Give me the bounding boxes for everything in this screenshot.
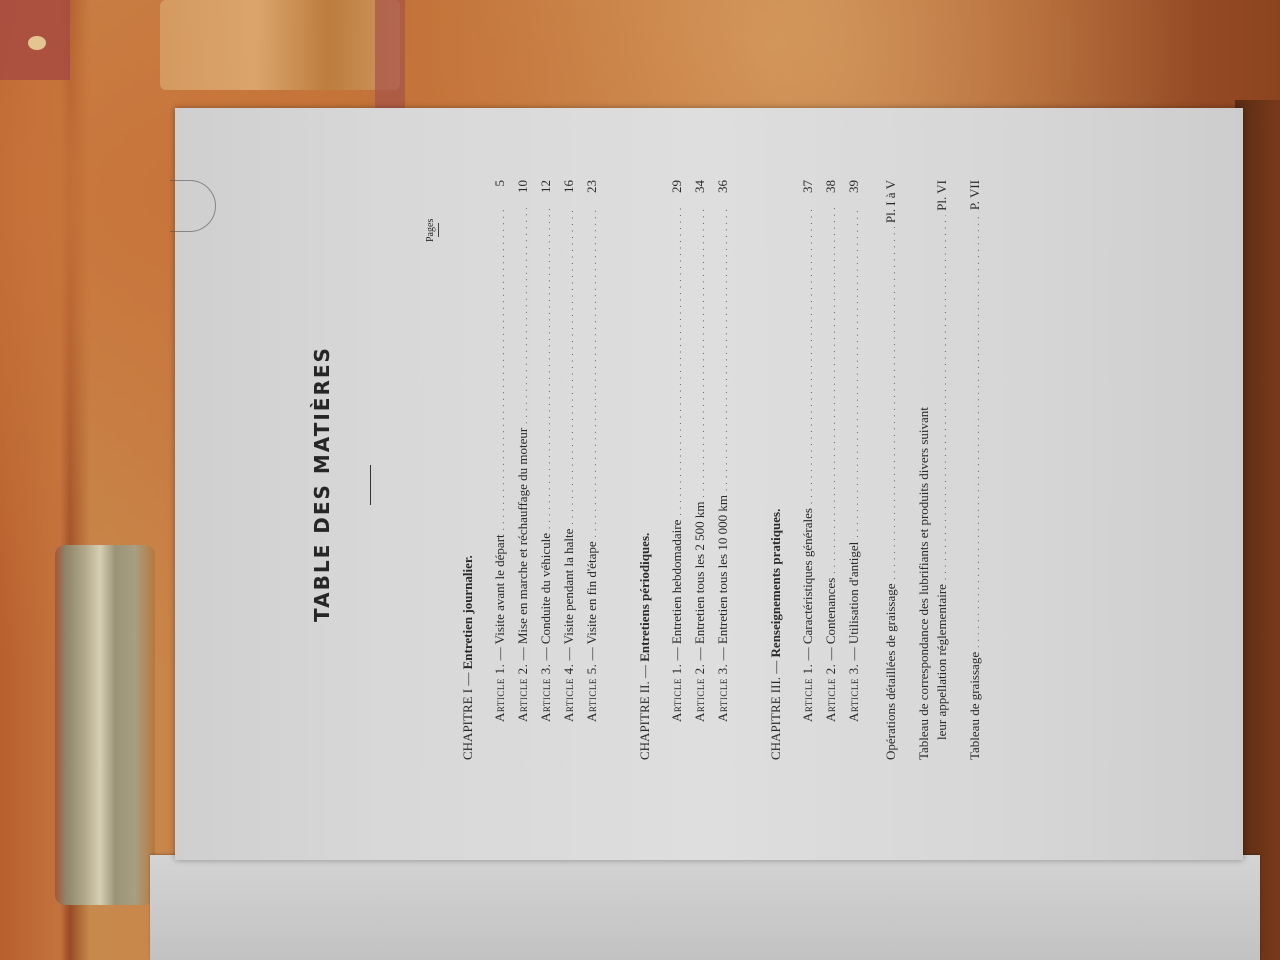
dot-leader [712, 208, 735, 491]
article-title: — Visite pendant la halte [561, 529, 576, 664]
rug-pattern-dot [28, 36, 46, 50]
chapter-title: Entretiens périodiques. [637, 533, 652, 662]
toc-entry: Opérations détaillées de graissagePl. I … [880, 180, 903, 760]
dot-leader [689, 208, 712, 498]
toc-entry: Article 3. — Conduite du véhicule12 [535, 180, 558, 722]
chapter-3: CHAPITRE III. — Renseignements pratiques… [765, 180, 866, 760]
article-label: Article 2. [692, 664, 707, 722]
article-label: Article 5. [584, 664, 599, 722]
article-label: Article 1. [669, 664, 684, 722]
toc-entry: Article 2. — Contenances38 [820, 180, 843, 722]
chapter-label: CHAPITRE II. [637, 681, 652, 760]
article-label: Article 3. [715, 664, 730, 722]
article-title: — Conduite du véhicule [538, 533, 553, 664]
entry-title-line1: Tableau de correspondance des lubrifiant… [915, 180, 933, 760]
page-number: 10 [512, 180, 534, 204]
chapter-2: CHAPITRE II. — Entretiens périodiques. A… [634, 180, 735, 760]
article-title: — Mise en marche et réchauffage du moteu… [515, 428, 530, 664]
toc-entry: Article 2. — Mise en marche et réchauffa… [512, 180, 535, 722]
page-number: 29 [666, 180, 688, 204]
toc-entry: Article 1. — Entretien hebdomadaire29 [666, 180, 689, 722]
toc-entry: Article 4. — Visite pendant la halte16 [558, 180, 581, 722]
rug-pattern-stripe [160, 0, 400, 90]
dot-leader [933, 215, 952, 580]
page-number: 16 [558, 180, 580, 204]
chapter-label: CHAPITRE I [460, 689, 475, 760]
dot-leader [797, 208, 820, 504]
separator: — [768, 657, 783, 677]
page-number: 5 [489, 180, 511, 204]
toc-entry: Article 3. — Entretien tous les 10 000 k… [712, 180, 735, 722]
chapter-title: Renseignements pratiques. [768, 509, 783, 658]
chapter-heading: CHAPITRE III. — Renseignements pratiques… [765, 180, 787, 760]
dot-leader [489, 208, 512, 530]
page-number: 38 [820, 180, 842, 204]
table-of-contents: CHAPITRE I — Entretien journalier. Artic… [457, 180, 999, 760]
page-number: 37 [797, 180, 819, 204]
page-number: 12 [535, 180, 557, 204]
chapter-heading: CHAPITRE II. — Entretiens périodiques. [634, 180, 656, 760]
page-content: TABLE DES MATIÈRES Pages CHAPITRE I — En… [175, 108, 1243, 860]
dot-leader [843, 208, 866, 538]
entry-title-line2: leur appellation réglementaire [933, 584, 951, 740]
page-number: P. VII [964, 180, 986, 210]
entry-title: Opérations détaillées de graissage [880, 583, 902, 760]
article-label: Article 3. [846, 664, 861, 722]
entry-title: Tableau de graissage [964, 652, 986, 760]
dot-leader [880, 227, 903, 579]
page-number: 34 [689, 180, 711, 204]
page-number: 23 [581, 180, 603, 204]
toc-entry: Article 5. — Visite en fin d'étape23 [581, 180, 604, 722]
rug-background [0, 0, 70, 80]
dot-leader [964, 214, 987, 648]
toc-entry: Article 1. — Visite avant le départ5 [489, 180, 512, 722]
toc-entry: Article 1. — Caractéristiques générales3… [797, 180, 820, 722]
separator: — [637, 662, 652, 682]
chapter-heading: CHAPITRE I — Entretien journalier. [457, 180, 479, 760]
dot-leader [512, 208, 535, 424]
page-title: TABLE DES MATIÈRES [310, 108, 334, 860]
article-label: Article 2. [515, 664, 530, 722]
dot-leader [581, 208, 604, 537]
article-title: — Visite en fin d'étape [584, 541, 599, 663]
pages-underline [438, 223, 439, 237]
toc-entry: Tableau de correspondance des lubrifiant… [915, 180, 952, 760]
chapter-title: Entretien journalier. [460, 555, 475, 669]
article-label: Article 1. [800, 664, 815, 722]
toc-entry: Article 2. — Entretien tous les 2 500 km… [689, 180, 712, 722]
dot-leader [820, 208, 843, 574]
article-title: — Entretien hebdomadaire [669, 520, 684, 664]
page-number: 36 [712, 180, 734, 204]
article-label: Article 2. [823, 664, 838, 722]
toc-entry: Article 3. — Utilisation d'antigel39 [843, 180, 866, 722]
article-label: Article 1. [492, 664, 507, 722]
article-title: — Caractéristiques générales [800, 508, 815, 664]
article-label: Article 3. [538, 664, 553, 722]
article-title: — Entretien tous les 10 000 km [715, 495, 730, 664]
title-divider [370, 465, 371, 505]
pages-column-header: Pages [425, 219, 439, 242]
dot-leader [666, 208, 689, 516]
rug-pattern-stripe [375, 0, 405, 110]
rug-pattern-stripe [55, 545, 155, 905]
article-title: — Utilisation d'antigel [846, 542, 861, 664]
chapter-label: CHAPITRE III. [768, 677, 783, 760]
chapter-1: CHAPITRE I — Entretien journalier. Artic… [457, 180, 604, 760]
article-title: — Contenances [823, 578, 838, 664]
pages-label: Pages [425, 219, 436, 242]
appendix-entries: Opérations détaillées de graissagePl. I … [880, 180, 987, 760]
article-title: — Visite avant le départ [492, 534, 507, 663]
page-number: Pl. VI [933, 180, 951, 211]
separator: — [460, 669, 475, 689]
article-title: — Entretien tous les 2 500 km [692, 502, 707, 664]
page-number: 39 [843, 180, 865, 204]
dot-leader [535, 208, 558, 529]
article-label: Article 4. [561, 664, 576, 722]
toc-entry: Tableau de graissageP. VII [964, 180, 987, 760]
dot-leader [558, 208, 581, 525]
facing-page [150, 855, 1260, 960]
page-number: Pl. I à V [880, 180, 902, 223]
